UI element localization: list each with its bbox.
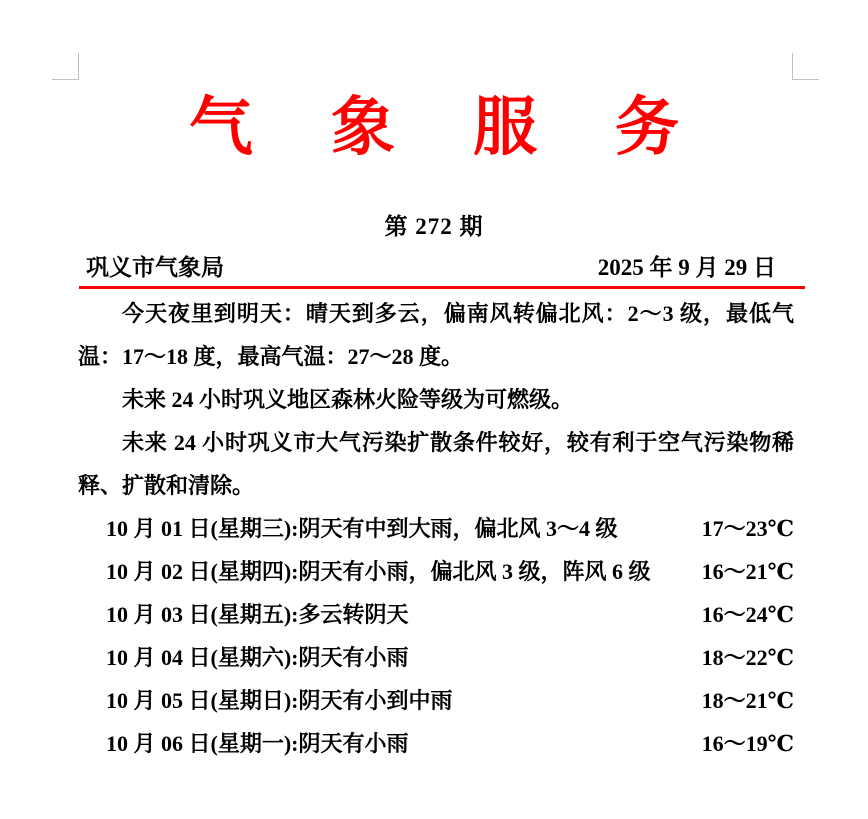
forecast-label: 10 月 06 日(星期一):阴天有小雨 [106, 722, 408, 765]
forecast-label: 10 月 01 日(星期三):阴天有中到大雨，偏北风 3～4 级 [106, 507, 617, 550]
forecast-row: 10 月 06 日(星期一):阴天有小雨 16～19℃ [78, 722, 794, 765]
document-body: 今天夜里到明天：晴天到多云，偏南风转偏北风：2～3 级，最低气温：17～18 度… [78, 292, 794, 765]
forecast-label: 10 月 05 日(星期日):阴天有小到中雨 [106, 679, 452, 722]
forecast-row: 10 月 05 日(星期日):阴天有小到中雨 18～21℃ [78, 679, 794, 722]
forecast-row: 10 月 02 日(星期四):阴天有小雨，偏北风 3 级，阵风 6 级 16～2… [78, 550, 794, 593]
forecast-temperature: 17～23℃ [702, 507, 794, 550]
page-title: 气 象 服 务 [0, 90, 868, 167]
paragraph-air-quality: 未来 24 小时巩义市大气污染扩散条件较好，较有利于空气污染物稀释、扩散和清除。 [78, 421, 794, 507]
forecast-row: 10 月 01 日(星期三):阴天有中到大雨，偏北风 3～4 级 17～23℃ [78, 507, 794, 550]
paragraph-fire-risk: 未来 24 小时巩义地区森林火险等级为可燃级。 [78, 378, 794, 421]
forecast-temperature: 16～21℃ [702, 550, 794, 593]
forecast-label: 10 月 04 日(星期六):阴天有小雨 [106, 636, 408, 679]
issue-date: 2025 年 9 月 29 日 [598, 249, 776, 282]
forecast-temperature: 18～21℃ [702, 679, 794, 722]
forecast-label: 10 月 02 日(星期四):阴天有小雨，偏北风 3 级，阵风 6 级 [106, 550, 650, 593]
forecast-label: 10 月 03 日(星期五):多云转阴天 [106, 593, 408, 636]
forecast-row: 10 月 04 日(星期六):阴天有小雨 18～22℃ [78, 636, 794, 679]
margin-corner-mark-top-left [52, 53, 79, 80]
forecast-row: 10 月 03 日(星期五):多云转阴天 16～24℃ [78, 593, 794, 636]
document-page: 气 象 服 务 第 272 期 巩义市气象局 2025 年 9 月 29 日 今… [0, 0, 868, 819]
margin-corner-mark-top-right [792, 53, 819, 80]
forecast-temperature: 16～19℃ [702, 722, 794, 765]
forecast-temperature: 18～22℃ [702, 636, 794, 679]
divider-rule [79, 286, 805, 289]
masthead-row: 巩义市气象局 2025 年 9 月 29 日 [78, 249, 794, 282]
paragraph-today-forecast: 今天夜里到明天：晴天到多云，偏南风转偏北风：2～3 级，最低气温：17～18 度… [78, 292, 794, 378]
forecast-temperature: 16～24℃ [702, 593, 794, 636]
forecast-list: 10 月 01 日(星期三):阴天有中到大雨，偏北风 3～4 级 17～23℃ … [78, 507, 794, 765]
agency-name: 巩义市气象局 [86, 249, 224, 282]
issue-number: 第 272 期 [0, 208, 868, 241]
